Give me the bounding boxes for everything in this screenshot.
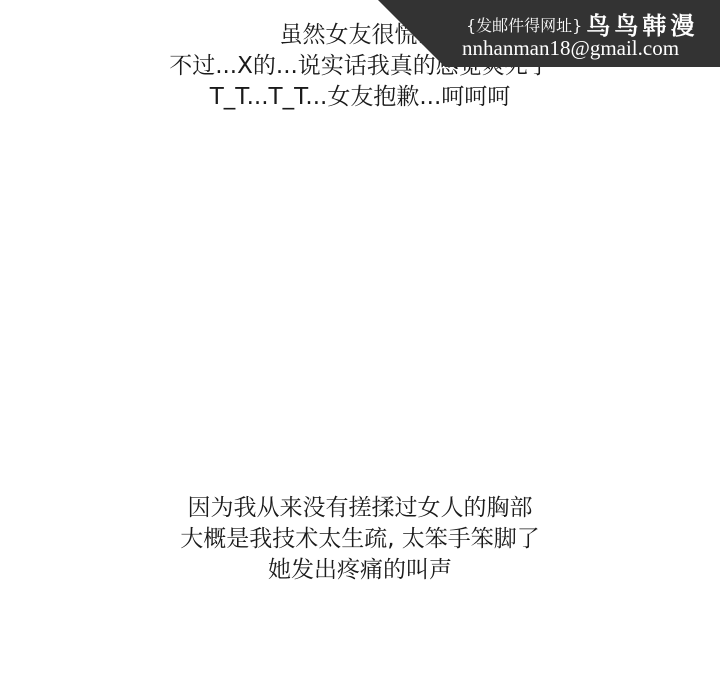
watermark-email: nnhanman18@gmail.com: [462, 36, 679, 61]
caption-line: 因为我从来没有搓揉过女人的胸部: [0, 493, 720, 524]
caption-line: 她发出疼痛的叫声: [0, 555, 720, 586]
caption-line: 大概是我技术太生疏, 太笨手笨脚了: [0, 524, 720, 555]
caption-line: T_T...T_T...女友抱歉...呵呵呵: [0, 82, 720, 113]
watermark-bracket-text: {发邮件得网址}: [466, 16, 582, 35]
caption-bottom: 因为我从来没有搓揉过女人的胸部 大概是我技术太生疏, 太笨手笨脚了 她发出疼痛的…: [0, 493, 720, 586]
